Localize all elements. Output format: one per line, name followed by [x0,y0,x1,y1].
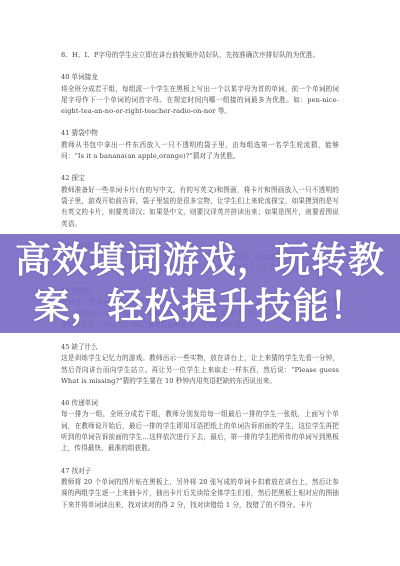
banner-headline: 高效填词游戏，玩转教 案，轻松提升技能！ [0,238,400,330]
section-41: 41 猜袋中物 教师从书包中拿出一件东西放入一只不透明的袋子里，由每组选第一名学… [61,128,339,162]
section-body: 教师将 20 个单词的图片贴在黑板上，另外将 20 张写成的单词卡扣着放在讲台上… [61,477,339,511]
section-46: 46 传递单词 每一排为一组，全班分成若干组，教师分别发给每一组最后一排的学生一… [61,398,339,454]
banner-headline-line-1: 高效填词游戏，玩转教 [0,238,400,284]
section-heading: 47 找对子 [61,466,339,477]
section-body: 教师准备好一些单词卡片(有的写中文，有的写英文)和图画，将卡片和图画放入一只不透… [61,185,339,230]
section-heading: 46 传递单词 [61,398,339,409]
section-45: 45 缺了什么 这是训练学生记忆力的游戏。教师出示一些实物，放在讲台上，让上来猜… [61,342,339,387]
section-heading: 41 猜袋中物 [61,128,339,139]
section-body: 将全班分成若干组，每组派一个学生在黑板上写出一个以某字母为首的单词，前一个单词的… [61,84,339,118]
document-page: 8、H、I、P字母的学生应立即在讲台前按顺序站好队，先按准确次序排好队的为优胜。… [0,0,400,566]
section-body: 每一排为一组，全班分成若干组，教师分别发给每一组最后一排的学生一张纸，上面写个单… [61,409,339,454]
section-heading: 45 缺了什么 [61,342,339,353]
banner-headline-line-2: 案，轻松提升技能！ [0,284,400,330]
section-heading: 42 探宝 [61,173,339,184]
section-heading: 40 单词接龙 [61,72,339,83]
section-42: 42 探宝 教师准备好一些单词卡片(有的写中文，有的写英文)和图画，将卡片和图画… [61,173,339,229]
section-body: 教师从书包中拿出一件东西放入一只不透明的袋子里，由每组选第一名学生轮流猜，能够问… [61,140,339,163]
section-47: 47 找对子 教师将 20 个单词的图片贴在黑板上，另外将 20 张写成的单词卡… [61,466,339,511]
section-body: 这是训练学生记忆力的游戏。教师出示一些实物，放在讲台上，让上来猜的学生先看一分钟… [61,353,339,387]
intro-line: 8、H、I、P字母的学生应立即在讲台前按顺序站好队，先按准确次序排好队的为优胜。 [61,50,339,61]
section-40: 40 单词接龙 将全班分成若干组，每组派一个学生在黑板上写出一个以某字母为首的单… [61,72,339,117]
